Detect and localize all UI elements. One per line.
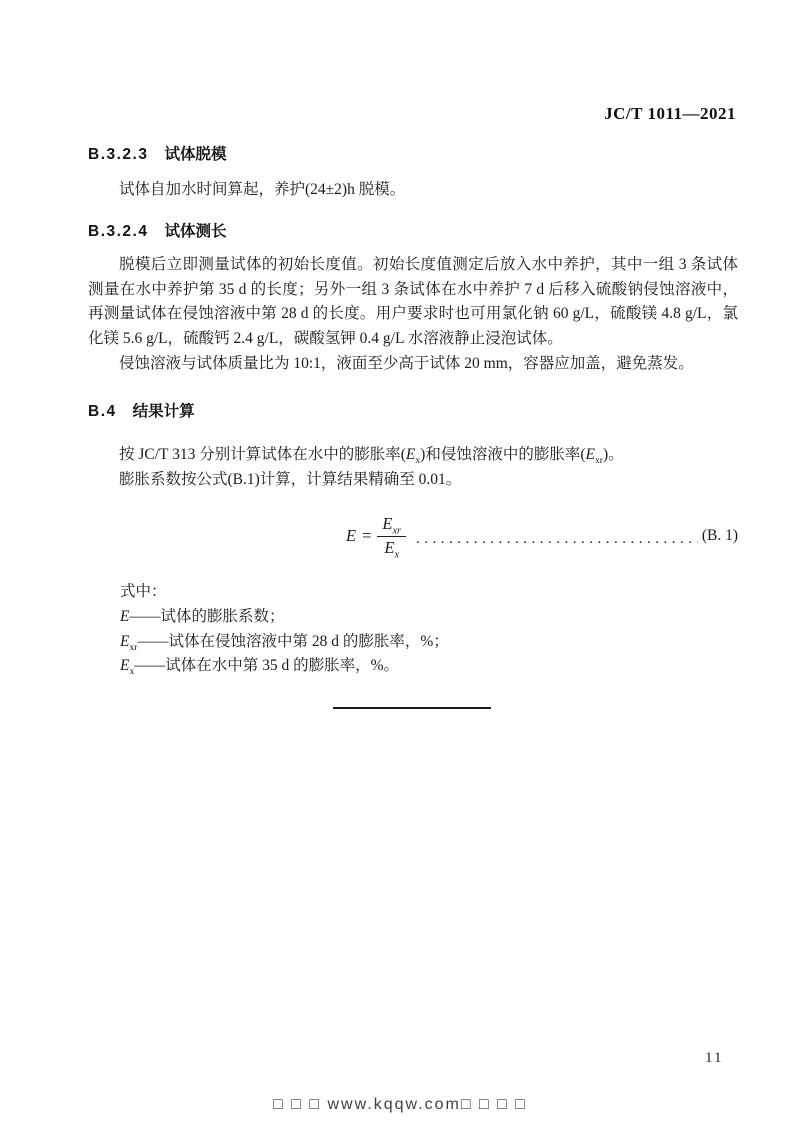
formula-e: E — [346, 526, 356, 545]
legend-item-e: E——试体的膨胀系数； — [120, 605, 738, 630]
section-title: 试体脱模 — [164, 142, 226, 164]
legend-dash: —— — [137, 633, 168, 650]
section-heading-b4: B.4 结果计算 — [88, 399, 738, 421]
legend-dash: —— — [129, 608, 160, 625]
section-number: B.3.2.4 — [88, 223, 148, 241]
denominator-subscript: x — [394, 549, 399, 560]
text-run: )。 — [603, 446, 624, 463]
section-title: 试体测长 — [164, 219, 226, 241]
end-of-document-rule — [333, 707, 491, 709]
formula-lhs: E= — [346, 526, 377, 546]
section-heading-b323: B.3.2.3 试体脱模 — [88, 142, 738, 164]
standard-number-header: JC/T 1011—2021 — [604, 104, 736, 124]
paragraph-precision: 膨胀系数按公式(B.1)计算，计算结果精确至 0.01。 — [88, 468, 738, 493]
denominator-symbol: E — [384, 538, 394, 557]
legend-intro: 式中： — [120, 580, 738, 605]
equals-sign: = — [356, 526, 377, 545]
text-run: )和侵蚀溶液中的膨胀率( — [420, 446, 585, 463]
paragraph-solution-ratio: 侵蚀溶液与试体质量比为 10:1，液面至少高于试体 20 mm，容器应加盖，避免… — [88, 352, 738, 377]
numerator-symbol: E — [382, 514, 392, 533]
numerator-subscript: xr — [393, 526, 402, 537]
paragraph-length-measurement: 脱模后立即测量试体的初始长度值。初始长度值测定后放入水中养护，其中一组 3 条试… — [88, 253, 738, 352]
fraction-numerator: Exr — [377, 514, 406, 537]
symbol-exr-subscript: xr — [595, 455, 603, 466]
symbol-ex: E — [406, 446, 415, 463]
symbol-exr: E — [586, 446, 595, 463]
formula-legend: 式中： E——试体的膨胀系数； Exr——试体在侵蚀溶液中第 28 d 的膨胀率… — [120, 580, 738, 678]
page-content: B.3.2.3 试体脱模 试体自加水时间算起，养护(24±2)h 脱模。 B.3… — [88, 142, 738, 709]
legend-description: 试体的膨胀系数； — [160, 608, 284, 625]
page-number: 11 — [705, 1050, 723, 1067]
formula-b1: E= Exr Ex ..............................… — [346, 508, 738, 564]
legend-item-exr: Exr——试体在侵蚀溶液中第 28 d 的膨胀率，%； — [120, 630, 738, 655]
formula-fraction: Exr Ex — [377, 514, 406, 558]
text-run: 按 JC/T 313 分别计算试体在水中的膨胀率( — [119, 446, 406, 463]
dot-leader: ........................................ — [416, 531, 698, 548]
formula-number: (B. 1) — [702, 527, 738, 545]
document-page: JC/T 1011—2021 B.3.2.3 试体脱模 试体自加水时间算起，养护… — [0, 0, 800, 1132]
legend-description: 试体在水中第 35 d 的膨胀率，%。 — [165, 657, 399, 674]
section-number: B.4 — [88, 403, 117, 421]
legend-item-ex: Ex——试体在水中第 35 d 的膨胀率，%。 — [120, 654, 738, 679]
section-heading-b324: B.3.2.4 试体测长 — [88, 219, 738, 241]
fraction-denominator: Ex — [384, 537, 399, 559]
footer-watermark: □ □ □ www.kqqw.com□ □ □ □ — [0, 1096, 800, 1114]
legend-description: 试体在侵蚀溶液中第 28 d 的膨胀率，%； — [168, 633, 448, 650]
legend-dash: —— — [134, 657, 165, 674]
paragraph-demolding: 试体自加水时间算起，养护(24±2)h 脱模。 — [88, 178, 738, 203]
paragraph-calc-intro: 按 JC/T 313 分别计算试体在水中的膨胀率(Ex)和侵蚀溶液中的膨胀率(E… — [88, 443, 738, 468]
section-title: 结果计算 — [133, 399, 195, 421]
section-number: B.3.2.3 — [88, 146, 148, 164]
